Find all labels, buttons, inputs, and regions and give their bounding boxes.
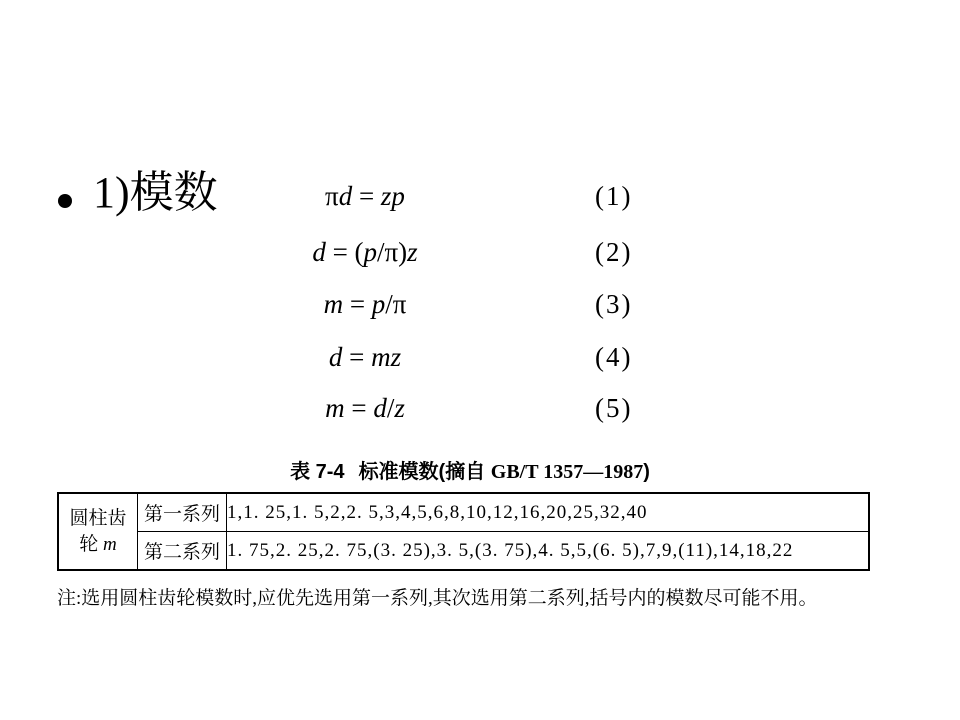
module-symbol-m: m [103, 534, 117, 555]
standard-reference: GB/T 1357—1987 [491, 461, 643, 483]
equation-5: m = d/z (5) [260, 388, 650, 428]
table-row-series-1: 圆柱齿 轮 m 第一系列 1,1. 25,1. 5,2,2. 5,3,4,5,6… [58, 493, 869, 532]
equals-open-paren: = ( [326, 237, 364, 267]
equation-4-formula: d = mz [260, 337, 470, 377]
series-2-values: 1. 75,2. 25,2. 75,(3. 25),3. 5,(3. 75),4… [227, 532, 870, 571]
series-1-values: 1,1. 25,1. 5,2,2. 5,3,4,5,6,8,10,12,16,2… [227, 493, 870, 532]
var-p: p [372, 289, 386, 319]
equation-4-number: (4) [595, 337, 632, 377]
var-mz: mz [371, 342, 401, 372]
equation-2: d = (p/π)z (2) [260, 232, 650, 272]
equation-5-formula: m = d/z [260, 388, 470, 428]
var-d: d [329, 342, 343, 372]
row-header-cylindrical-gear: 圆柱齿 轮 m [58, 493, 138, 570]
var-zp: zp [381, 181, 405, 211]
equation-3-number: (3) [595, 284, 632, 324]
table-row-series-2: 第二系列 1. 75,2. 25,2. 75,(3. 25),3. 5,(3. … [58, 532, 869, 571]
equals-sign: = [352, 181, 381, 211]
slide: 1)模数 πd = zp (1) d = (p/π)z (2) m = p/π … [0, 0, 960, 720]
equation-list: πd = zp (1) d = (p/π)z (2) m = p/π (3) d… [260, 176, 650, 436]
equals-sign: = [343, 289, 372, 319]
table-title-text: 标准模数(摘自 [359, 461, 491, 483]
var-d: d [312, 237, 326, 267]
equation-1: πd = zp (1) [260, 176, 650, 216]
slash-pi-close-paren: /π) [377, 237, 407, 267]
equation-4: d = mz (4) [260, 337, 650, 377]
equation-5-number: (5) [595, 388, 632, 428]
equation-3-formula: m = p/π [260, 284, 470, 324]
var-m: m [324, 289, 344, 319]
slash-pi: /π [385, 289, 406, 319]
row-header-line2: 轮 m [59, 532, 137, 558]
equation-2-formula: d = (p/π)z [260, 232, 470, 272]
standard-module-table: 圆柱齿 轮 m 第一系列 1,1. 25,1. 5,2,2. 5,3,4,5,6… [57, 492, 870, 571]
var-d: d [373, 393, 387, 423]
var-p: p [364, 237, 378, 267]
equals-sign: = [342, 342, 371, 372]
bullet-icon [58, 194, 72, 208]
table-footnote: 注:选用圆柱齿轮模数时,应优先选用第一系列,其次选用第二系列,括号内的模数尽可能… [57, 583, 818, 610]
series-2-label: 第二系列 [138, 532, 227, 571]
var-z: z [394, 393, 405, 423]
table-caption: 表 7-4标准模数(摘自 GB/T 1357—1987) [0, 455, 940, 484]
equals-sign: = [345, 393, 374, 423]
bullet-label: 1)模数 [93, 168, 218, 218]
series-1-label: 第一系列 [138, 493, 227, 532]
equation-3: m = p/π (3) [260, 284, 650, 324]
table-number: 表 7-4 [290, 461, 344, 483]
equation-1-number: (1) [595, 176, 632, 216]
table-title-close: ) [643, 461, 650, 483]
pi-symbol: π [325, 181, 339, 211]
var-d: d [339, 181, 353, 211]
row-header-line1: 圆柱齿 [59, 506, 137, 532]
var-z: z [407, 237, 418, 267]
equation-1-formula: πd = zp [260, 176, 470, 216]
equation-2-number: (2) [595, 232, 632, 272]
var-m: m [325, 393, 345, 423]
